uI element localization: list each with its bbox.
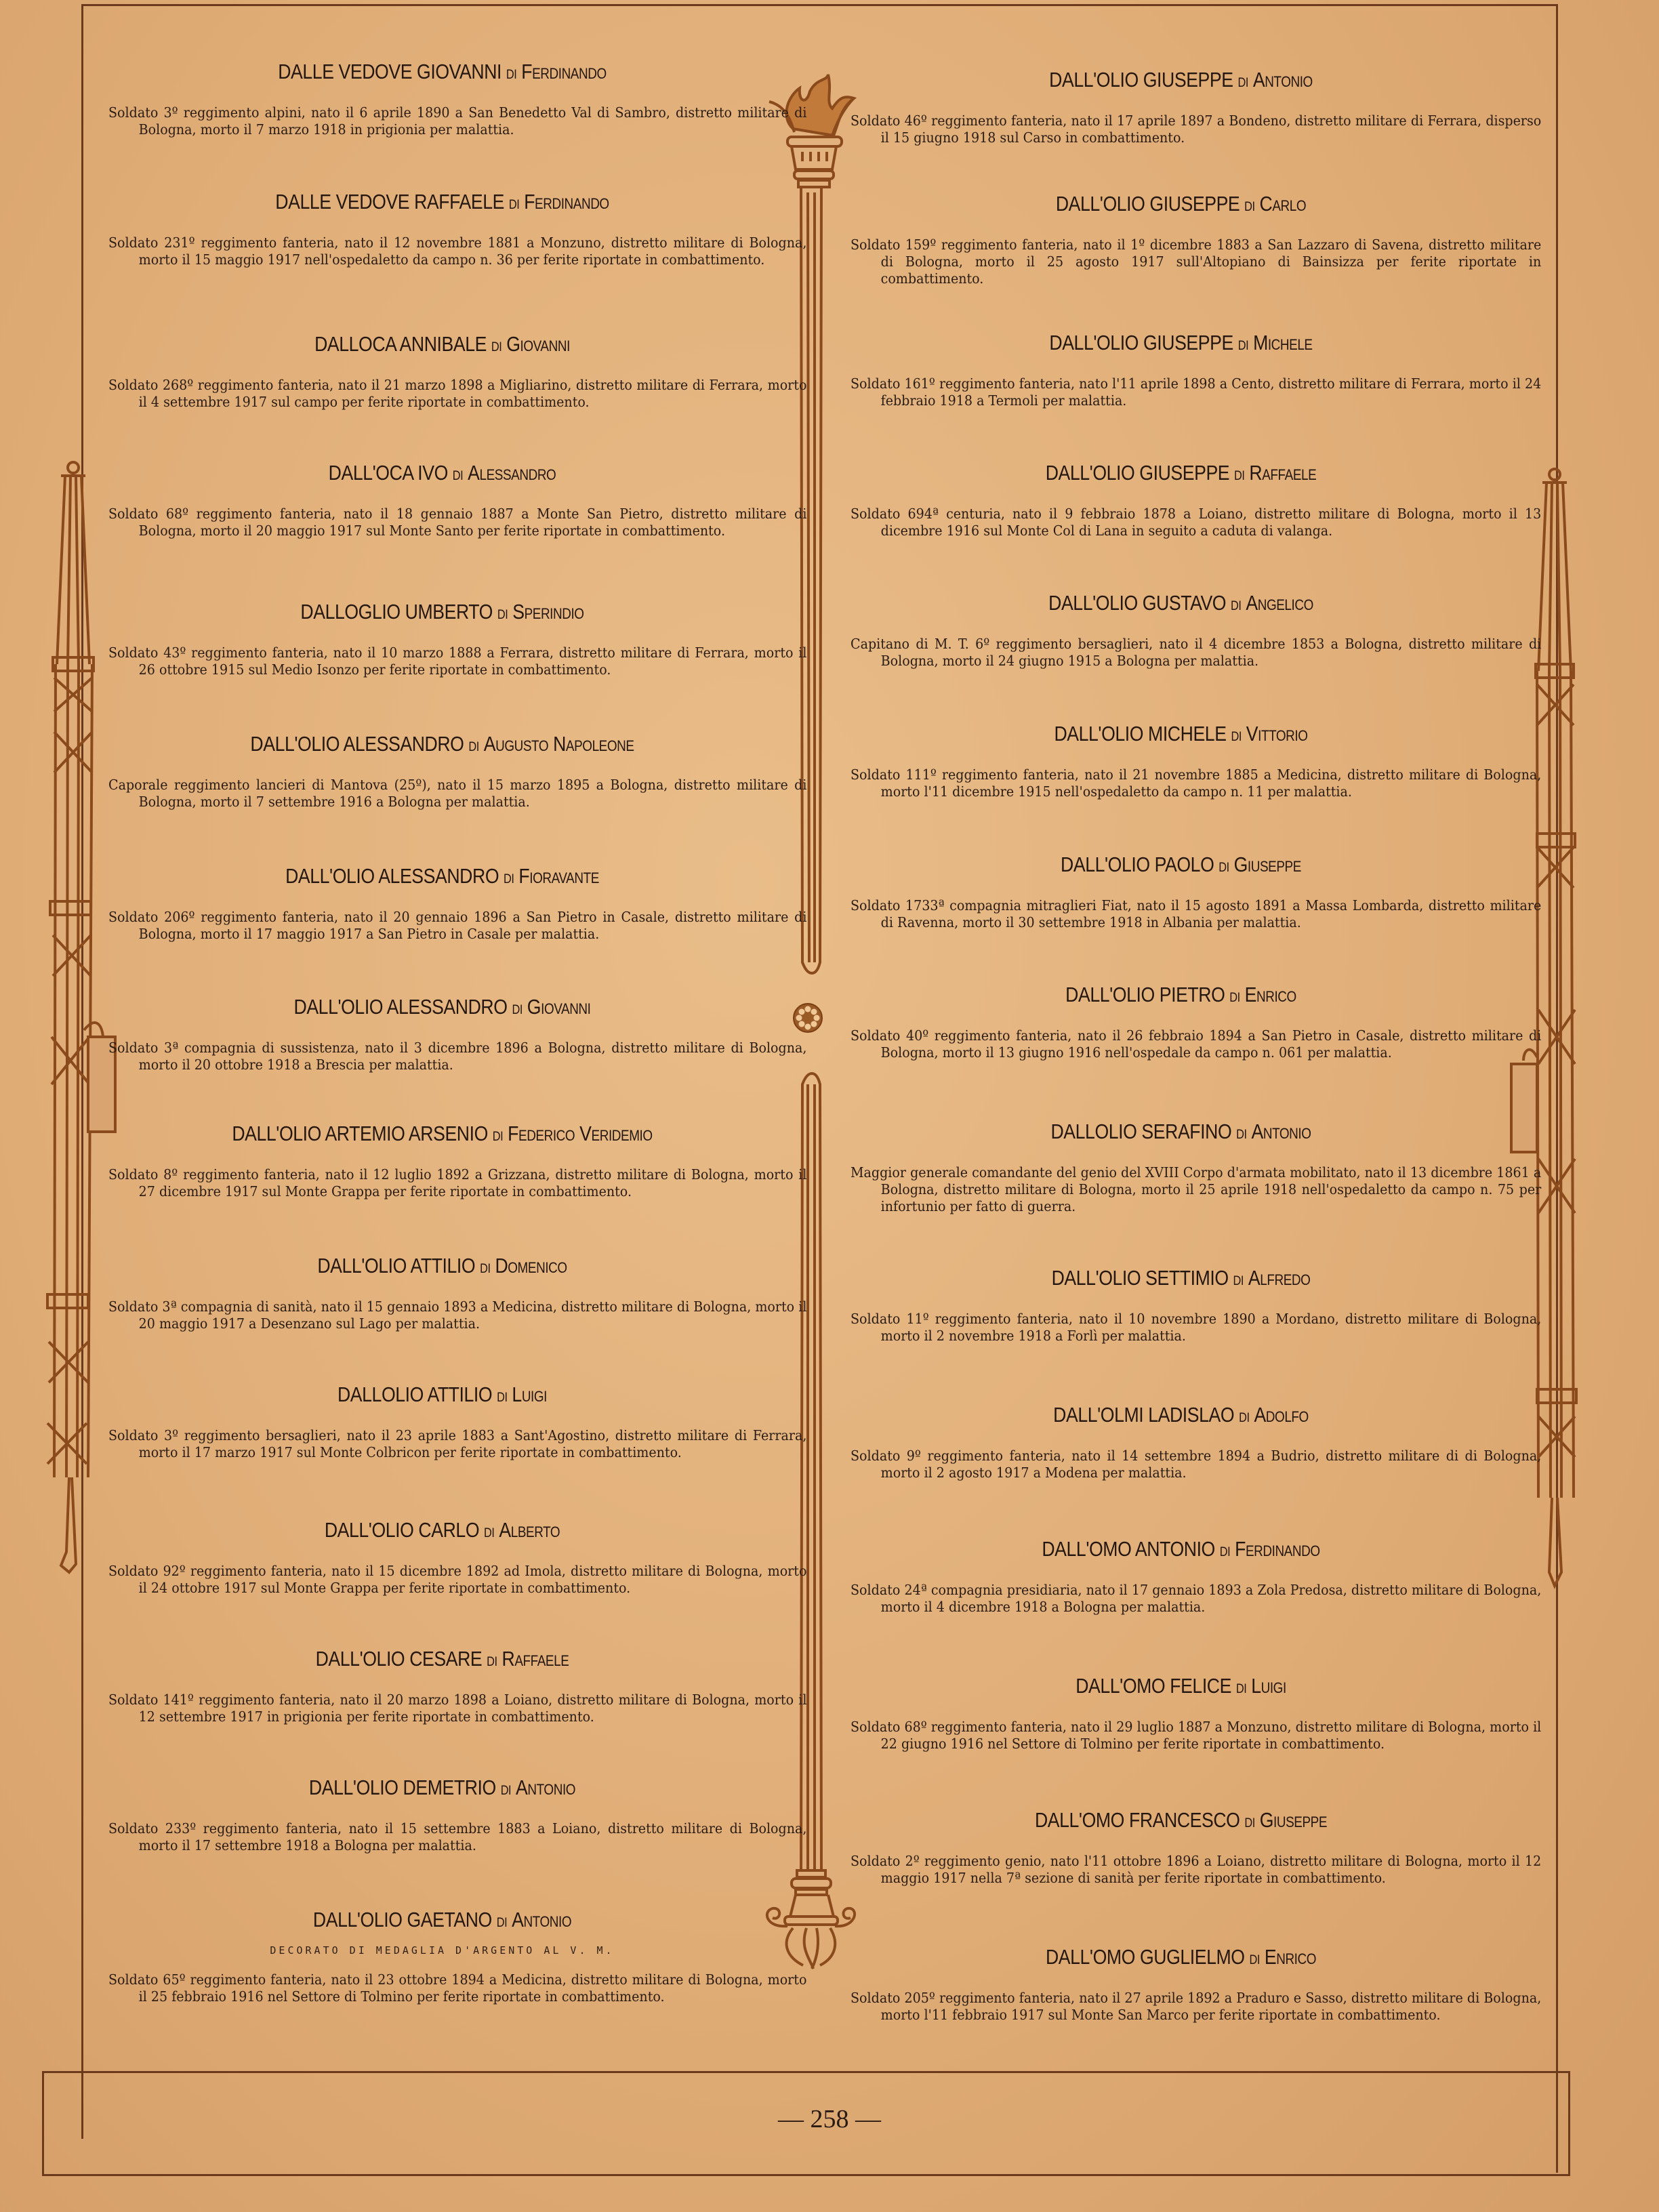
- di-connector: di: [1231, 730, 1241, 744]
- father-name: Antonio: [516, 1776, 575, 1799]
- father-name: Antonio: [1253, 68, 1313, 91]
- father-name: Domenico: [495, 1254, 567, 1277]
- entry-description: Soldato 24ª compagnia presidiaria, nato …: [851, 1582, 1541, 1616]
- memorial-entry: DALL'OLIO ALESSANDROdiFioravanteSoldato …: [108, 864, 776, 943]
- entry-name: DALL'OLIO PIETROdiEnrico: [897, 983, 1465, 1007]
- soldier-name: DALL'OLIO MICHELE: [1054, 722, 1226, 745]
- memorial-entry: DALL'OLIO CARLOdiAlbertoSoldato 92º regg…: [108, 1518, 776, 1597]
- entry-description: Soldato 92º reggimento fanteria, nato il…: [108, 1563, 806, 1597]
- soldier-name: DALL'OLIO ALESSANDRO: [293, 995, 507, 1019]
- di-connector: di: [1249, 1953, 1259, 1967]
- di-connector: di: [484, 1526, 494, 1540]
- entry-description: Soldato 111º reggimento fanteria, nato i…: [851, 766, 1541, 800]
- father-name: Carlo: [1260, 192, 1307, 216]
- soldier-name: DALLOGLIO UMBERTO: [300, 600, 493, 623]
- memorial-entry: DALLOLIO ATTILIOdiLuigiSoldato 3º reggim…: [108, 1382, 776, 1461]
- entry-name: DALL'OLIO DEMETRIOdiAntonio: [155, 1776, 729, 1800]
- father-name: Ferdinando: [1235, 1537, 1320, 1561]
- memorial-entry: DALLOLIO SERAFINOdiAntonioMaggior genera…: [851, 1120, 1511, 1215]
- soldier-name: DALLE VEDOVE RAFFAELE: [275, 190, 504, 213]
- fasces-icon: [27, 461, 122, 1579]
- memorial-entry: DALLOCA ANNIBALEdiGiovanniSoldato 268º r…: [108, 332, 776, 411]
- entry-name: DALL'OMO FRANCESCOdiGiuseppe: [897, 1808, 1465, 1832]
- father-name: Federico Veridemio: [508, 1122, 652, 1145]
- entry-description: Soldato 3ª compagnia di sussistenza, nat…: [108, 1040, 806, 1073]
- father-name: Vittorio: [1246, 722, 1308, 745]
- entry-description: Soldato 141º reggimento fanteria, nato i…: [108, 1692, 806, 1725]
- di-connector: di: [501, 1784, 511, 1798]
- entry-name: DALLOCA ANNIBALEdiGiovanni: [155, 332, 729, 356]
- memorial-entry: DALL'OMO ANTONIOdiFerdinandoSoldato 24ª …: [851, 1537, 1511, 1616]
- soldier-name: DALLOLIO SERAFINO: [1050, 1120, 1231, 1143]
- father-name: Angelico: [1246, 591, 1313, 615]
- father-name: Luigi: [1251, 1674, 1286, 1698]
- entry-name: DALL'OLIO GIUSEPPEdiCarlo: [897, 192, 1465, 216]
- father-name: Ferdinando: [521, 60, 607, 83]
- di-connector: di: [509, 198, 519, 212]
- entry-description: Soldato 231º reggimento fanteria, nato i…: [108, 234, 806, 268]
- father-name: Raffaele: [1249, 461, 1316, 485]
- di-connector: di: [512, 1003, 522, 1017]
- di-connector: di: [487, 1655, 497, 1669]
- entry-description: Soldato 68º reggimento fanteria, nato il…: [851, 1719, 1541, 1753]
- father-name: Alessandro: [468, 461, 556, 485]
- entry-description: Maggior generale comandante del genio de…: [851, 1164, 1541, 1215]
- di-connector: di: [504, 872, 514, 886]
- soldier-name: DALL'OLIO ARTEMIO ARSENIO: [232, 1122, 488, 1145]
- soldier-name: DALL'OMO GUGLIELMO: [1046, 1945, 1245, 1969]
- soldier-name: DALLE VEDOVE GIOVANNI: [278, 60, 501, 83]
- di-connector: di: [1231, 599, 1241, 613]
- entry-name: DALL'OLIO CESAREdiRaffaele: [155, 1647, 729, 1671]
- di-connector: di: [493, 1130, 503, 1144]
- father-name: Sperindio: [512, 600, 583, 623]
- entry-name: DALLOLIO SERAFINOdiAntonio: [897, 1120, 1465, 1144]
- entry-description: Soldato 46º reggimento fanteria, nato il…: [851, 112, 1541, 146]
- father-name: Michele: [1253, 331, 1313, 354]
- father-name: Alfredo: [1248, 1266, 1311, 1290]
- soldier-name: DALL'OLIO CESARE: [316, 1647, 483, 1671]
- memorial-entry: DALL'OLIO ATTILIOdiDomenicoSoldato 3ª co…: [108, 1254, 776, 1332]
- entry-name: DALL'OLIO ALESSANDROdiFioravante: [155, 864, 729, 888]
- father-name: Antonio: [512, 1908, 571, 1931]
- page-number: — 258 —: [0, 2104, 1659, 2134]
- di-connector: di: [1244, 200, 1254, 214]
- entry-name: DALL'OLIO GAETANOdiAntonio: [155, 1908, 729, 1932]
- entry-name: DALL'OLIO PAOLOdiGiuseppe: [897, 853, 1465, 877]
- footer-top-rule: [42, 2071, 1570, 2073]
- entry-name: DALL'OCA IVOdiAlessandro: [155, 461, 729, 485]
- di-connector: di: [1218, 861, 1229, 875]
- father-name: Raffaele: [502, 1647, 569, 1671]
- entry-description: Soldato 11º reggimento fanteria, nato il…: [851, 1311, 1541, 1345]
- memorial-entry: DALL'OLIO GUSTAVOdiAngelicoCapitano di M…: [851, 591, 1511, 670]
- entry-name: DALL'OLIO ALESSANDROdiAugusto Napoleone: [155, 732, 729, 756]
- soldier-name: DALL'OLIO GUSTAVO: [1048, 591, 1226, 615]
- father-name: Adolfo: [1254, 1403, 1308, 1427]
- entry-description: Soldato 159º reggimento fanteria, nato i…: [851, 237, 1541, 287]
- memorial-entry: DALL'OMO FRANCESCOdiGiuseppeSoldato 2º r…: [851, 1808, 1511, 1887]
- memorial-entry: DALL'OLIO MICHELEdiVittorioSoldato 111º …: [851, 722, 1511, 800]
- di-connector: di: [497, 608, 508, 622]
- di-connector: di: [1220, 1545, 1230, 1559]
- di-connector: di: [1229, 991, 1240, 1005]
- entry-name: DALL'OLIO GIUSEPPEdiRaffaele: [897, 461, 1465, 485]
- soldier-name: DALL'OLIO CARLO: [325, 1518, 479, 1542]
- entry-description: Soldato 40º reggimento fanteria, nato il…: [851, 1027, 1541, 1061]
- footer-bottom-rule: [42, 2174, 1570, 2176]
- memorial-entry: DALL'OLIO PAOLOdiGiuseppeSoldato 1733ª c…: [851, 853, 1511, 931]
- entry-name: DALLE VEDOVE GIOVANNIdiFerdinando: [155, 60, 729, 84]
- di-connector: di: [1238, 339, 1248, 353]
- entry-name: DALL'OMO ANTONIOdiFerdinando: [897, 1537, 1465, 1561]
- entry-name: DALLE VEDOVE RAFFAELEdiFerdinando: [155, 190, 729, 214]
- di-connector: di: [1234, 469, 1244, 483]
- soldier-name: DALL'OLIO GIUSEPPE: [1046, 461, 1229, 485]
- soldier-name: DALL'OLMI LADISLAO: [1053, 1403, 1234, 1427]
- entry-description: Soldato 206º reggimento fanteria, nato i…: [108, 909, 806, 943]
- memorial-entry: DALL'OMO GUGLIELMOdiEnricoSoldato 205º r…: [851, 1945, 1511, 2024]
- memorial-entry: DALLE VEDOVE GIOVANNIdiFerdinandoSoldato…: [108, 60, 776, 138]
- father-name: Augusto Napoleone: [484, 732, 634, 756]
- di-connector: di: [1237, 76, 1248, 90]
- father-name: Enrico: [1245, 983, 1296, 1006]
- entry-name: DALLOGLIO UMBERTOdiSperindio: [155, 600, 729, 624]
- rosette-icon: [792, 1002, 824, 1034]
- di-connector: di: [480, 1262, 490, 1276]
- entry-name: DALL'OLIO GUSTAVOdiAngelico: [897, 591, 1465, 615]
- soldier-name: DALL'OMO ANTONIO: [1042, 1537, 1215, 1561]
- memorial-entry: DALLE VEDOVE RAFFAELEdiFerdinandoSoldato…: [108, 190, 776, 268]
- memorial-entry: DALL'OLIO GIUSEPPEdiMicheleSoldato 161º …: [851, 331, 1511, 409]
- di-connector: di: [491, 340, 501, 354]
- soldier-name: DALL'OMO FELICE: [1076, 1674, 1231, 1698]
- memorial-entry: DALL'OLIO GIUSEPPEdiRaffaeleSoldato 694ª…: [851, 461, 1511, 539]
- di-connector: di: [1244, 1816, 1254, 1830]
- di-connector: di: [497, 1391, 507, 1405]
- entry-description: Soldato 694ª centuria, nato il 9 febbrai…: [851, 506, 1541, 539]
- memorial-entry: DALL'OLIO DEMETRIOdiAntonioSoldato 233º …: [108, 1776, 776, 1854]
- soldier-name: DALL'OLIO ATTILIO: [317, 1254, 475, 1277]
- entry-description: Caporale reggimento lancieri di Mantova …: [108, 777, 806, 811]
- soldier-name: DALL'OLIO SETTIMIO: [1052, 1266, 1229, 1290]
- entry-name: DALL'OLIO ATTILIOdiDomenico: [155, 1254, 729, 1278]
- father-name: Ferdinando: [524, 190, 609, 213]
- entry-name: DALL'OMO FELICEdiLuigi: [897, 1674, 1465, 1698]
- memorial-entry: DALL'OLIO SETTIMIOdiAlfredoSoldato 11º r…: [851, 1266, 1511, 1345]
- father-name: Giovanni: [527, 995, 591, 1019]
- memorial-entry: DALL'OLIO GAETANOdiAntonioDECORATO DI ME…: [108, 1908, 776, 2005]
- di-connector: di: [453, 469, 463, 483]
- father-name: Fioravante: [518, 864, 599, 888]
- entry-description: Capitano di M. T. 6º reggimento bersagli…: [851, 636, 1541, 670]
- soldier-name: DALL'OCA IVO: [329, 461, 448, 485]
- soldier-name: DALL'OLIO GIUSEPPE: [1056, 192, 1240, 216]
- entry-description: Soldato 268º reggimento fanteria, nato i…: [108, 377, 806, 411]
- entry-description: Soldato 3º reggimento alpini, nato il 6 …: [108, 104, 806, 138]
- entry-name: DALL'OMO GUGLIELMOdiEnrico: [897, 1945, 1465, 1969]
- entry-name: DALL'OLIO CARLOdiAlberto: [155, 1518, 729, 1542]
- entry-name: DALL'OLMI LADISLAOdiAdolfo: [897, 1403, 1465, 1427]
- entry-description: Soldato 205º reggimento fanteria, nato i…: [851, 1990, 1541, 2024]
- soldier-name: DALLOLIO ATTILIO: [337, 1382, 492, 1406]
- di-connector: di: [1236, 1128, 1246, 1142]
- entry-description: Soldato 8º reggimento fanteria, nato il …: [108, 1166, 806, 1200]
- entry-description: Soldato 233º reggimento fanteria, nato i…: [108, 1820, 806, 1854]
- entry-name: DALL'OLIO ALESSANDROdiGiovanni: [155, 995, 729, 1019]
- memorial-entry: DALL'OLIO GIUSEPPEdiCarloSoldato 159º re…: [851, 192, 1511, 287]
- soldier-name: DALL'OLIO DEMETRIO: [309, 1776, 496, 1799]
- entry-name: DALL'OLIO GIUSEPPEdiAntonio: [897, 68, 1465, 92]
- di-connector: di: [1236, 1682, 1246, 1696]
- memorial-entry: DALL'OLMI LADISLAOdiAdolfoSoldato 9º reg…: [851, 1403, 1511, 1481]
- entry-name: DALL'OLIO SETTIMIOdiAlfredo: [897, 1266, 1465, 1290]
- entry-name: DALL'OLIO GIUSEPPEdiMichele: [897, 331, 1465, 355]
- di-connector: di: [468, 740, 478, 754]
- memorial-entry: DALL'OLIO ALESSANDROdiGiovanniSoldato 3ª…: [108, 995, 776, 1073]
- entry-description: Soldato 3º reggimento bersaglieri, nato …: [108, 1427, 806, 1461]
- father-name: Luigi: [512, 1382, 547, 1406]
- soldier-name: DALL'OLIO GIUSEPPE: [1049, 68, 1233, 91]
- memorial-entry: DALL'OLIO CESAREdiRaffaeleSoldato 141º r…: [108, 1647, 776, 1725]
- entry-description: Soldato 3ª compagnia di sanità, nato il …: [108, 1298, 806, 1332]
- soldier-name: DALL'OLIO PAOLO: [1061, 853, 1214, 876]
- di-connector: di: [1233, 1274, 1244, 1288]
- entry-description: Soldato 9º reggimento fanteria, nato il …: [851, 1448, 1541, 1481]
- entry-description: Soldato 2º reggimento genio, nato l'11 o…: [851, 1853, 1541, 1887]
- entry-name: DALL'OLIO ARTEMIO ARSENIOdiFederico Veri…: [155, 1122, 729, 1146]
- entry-description: Soldato 43º reggimento fanteria, nato il…: [108, 644, 806, 678]
- entry-description: Soldato 65º reggimento fanteria, nato il…: [108, 1971, 806, 2005]
- father-name: Giuseppe: [1234, 853, 1301, 876]
- di-connector: di: [1239, 1411, 1249, 1425]
- soldier-name: DALL'OLIO ALESSANDRO: [285, 864, 499, 888]
- di-connector: di: [497, 1916, 507, 1930]
- entry-name: DALL'OLIO MICHELEdiVittorio: [897, 722, 1465, 746]
- memorial-entry: DALL'OLIO ARTEMIO ARSENIOdiFederico Veri…: [108, 1122, 776, 1200]
- soldier-name: DALL'OLIO GIUSEPPE: [1049, 331, 1233, 354]
- memorial-entry: DALL'OLIO ALESSANDROdiAugusto NapoleoneC…: [108, 732, 776, 811]
- entry-description: Soldato 1733ª compagnia mitraglieri Fiat…: [851, 897, 1541, 931]
- decoration-note: DECORATO DI MEDAGLIA D'ARGENTO AL V. M.: [108, 1944, 776, 1957]
- father-name: Alberto: [499, 1518, 560, 1542]
- di-connector: di: [506, 68, 516, 82]
- memorial-entry: DALL'OMO FELICEdiLuigiSoldato 68º reggim…: [851, 1674, 1511, 1753]
- memorial-entry: DALL'OCA IVOdiAlessandroSoldato 68º regg…: [108, 461, 776, 539]
- father-name: Giuseppe: [1260, 1808, 1327, 1832]
- soldier-name: DALL'OLIO PIETRO: [1065, 983, 1225, 1006]
- father-name: Giovanni: [506, 332, 570, 356]
- memorial-entry: DALLOGLIO UMBERTOdiSperindioSoldato 43º …: [108, 600, 776, 678]
- father-name: Antonio: [1252, 1120, 1311, 1143]
- entry-description: Soldato 68º reggimento fanteria, nato il…: [108, 506, 806, 539]
- memorial-entry: DALL'OLIO GIUSEPPEdiAntonioSoldato 46º r…: [851, 68, 1511, 146]
- soldier-name: DALLOCA ANNIBALE: [314, 332, 487, 356]
- entry-description: Soldato 161º reggimento fanteria, nato l…: [851, 375, 1541, 409]
- entry-name: DALLOLIO ATTILIOdiLuigi: [155, 1382, 729, 1407]
- father-name: Enrico: [1265, 1945, 1316, 1969]
- soldier-name: DALL'OLIO GAETANO: [313, 1908, 492, 1931]
- soldier-name: DALL'OLIO ALESSANDRO: [250, 732, 464, 756]
- frame-top-line: [81, 4, 1557, 6]
- soldier-name: DALL'OMO FRANCESCO: [1035, 1808, 1240, 1832]
- memorial-entry: DALL'OLIO PIETROdiEnricoSoldato 40º regg…: [851, 983, 1511, 1061]
